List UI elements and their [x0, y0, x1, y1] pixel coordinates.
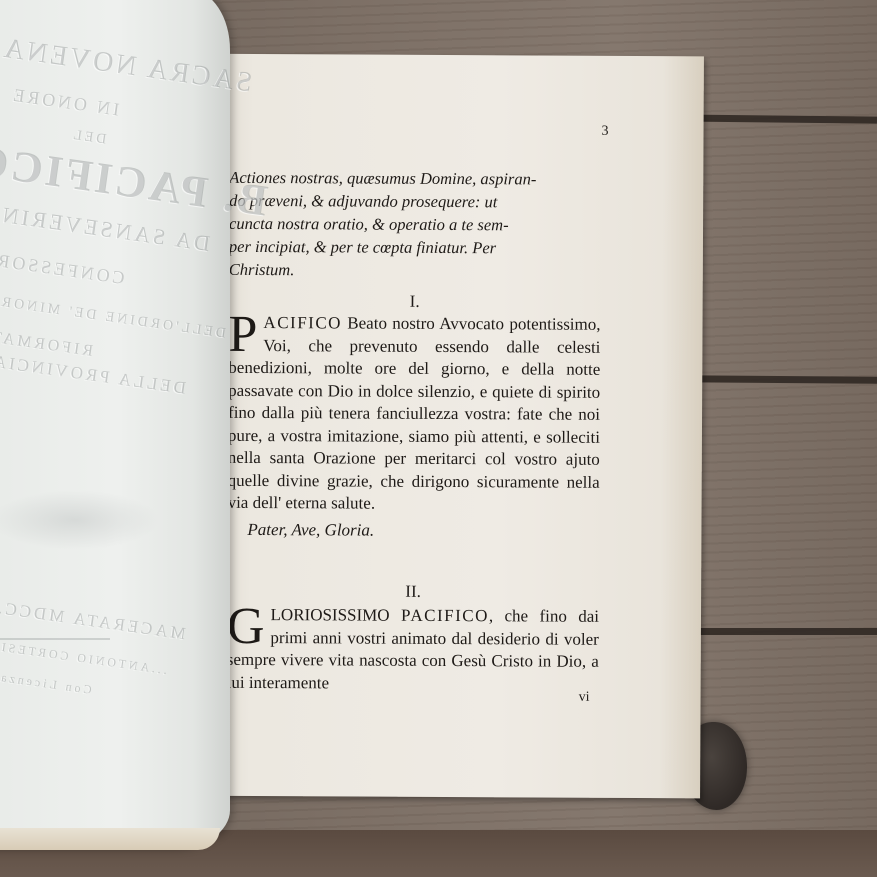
- drop-cap: P: [228, 314, 257, 356]
- paragraph-text: Beato nostro Avvocato potentissimo, Voi,…: [228, 313, 601, 512]
- section-numeral: II.: [227, 581, 599, 603]
- show-through-text: IN ONORE: [9, 84, 120, 120]
- show-through-text: DEL: [69, 128, 107, 149]
- show-through-text: Con Licenza...: [0, 667, 92, 697]
- show-through-text: DELLA PROVINCIA: [0, 351, 187, 398]
- section-numeral: I.: [229, 291, 601, 313]
- page-edge: [0, 828, 220, 850]
- closing-formula: Pater, Ave, Gloria.: [227, 518, 599, 542]
- prayer-line: cuncta nostra oratio, & operatio a te se…: [229, 212, 601, 237]
- wood-plank-gap: [680, 375, 877, 383]
- show-through-text: MACERATA MDCC...: [0, 596, 187, 645]
- prayer-line: per incipiat, & per te cœpta finiatur. P…: [229, 235, 601, 260]
- catchword: vi: [579, 690, 590, 706]
- printer-ornament: [0, 490, 160, 550]
- page-text-block: 3 Actiones nostras, quæsumus Domine, asp…: [230, 54, 602, 56]
- lead-text: LORIOSISSIMO: [271, 605, 402, 625]
- prayer-line: do præveni, & adjuvando prosequere: ut: [229, 189, 601, 214]
- section-paragraph: PACIFICO Beato nostro Avvocato potentiss…: [227, 312, 600, 543]
- left-page-curled[interactable]: SACRA NOVENA IN ONORE DEL B. PACIFICO DA…: [0, 0, 230, 850]
- prayer-line: Actiones nostras, quæsumus Domine, aspir…: [229, 166, 601, 191]
- prayer-line: Christum.: [229, 258, 601, 283]
- show-through-text: ...ANTONIO CORTESI...: [0, 637, 168, 678]
- show-through-text: CONFESSORE: [0, 248, 126, 289]
- drop-cap: G: [227, 606, 265, 648]
- section-paragraph: GLORIOSISSIMO PACIFICO, che fino dai pri…: [227, 604, 599, 696]
- opening-prayer: Actiones nostras, quæsumus Domine, aspir…: [229, 166, 602, 283]
- page-number: 3: [602, 124, 609, 140]
- wood-plank-gap: [680, 628, 877, 635]
- lead-smallcaps: ACIFICO: [263, 313, 342, 332]
- right-page: 3 Actiones nostras, quæsumus Domine, asp…: [188, 54, 704, 799]
- lead-smallcaps: PACIFICO: [401, 606, 489, 625]
- title-rule: [0, 638, 110, 640]
